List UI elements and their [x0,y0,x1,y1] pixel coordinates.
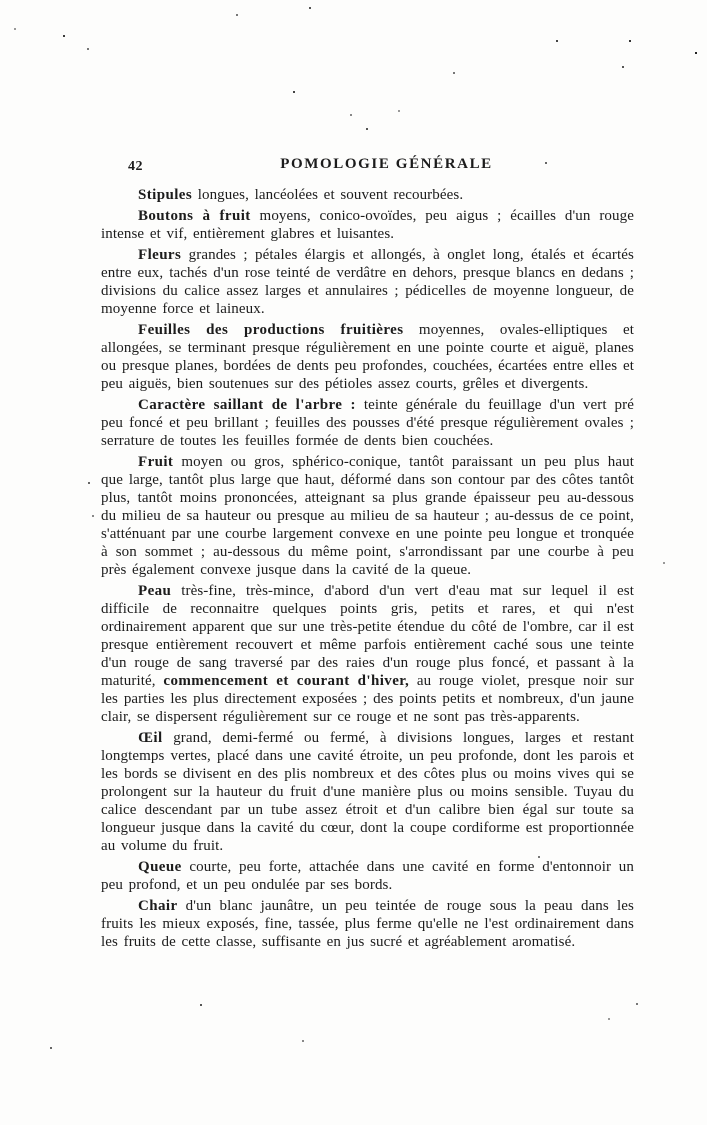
scan-specks [0,0,2,2]
paragraph-lead: Boutons à fruit [138,208,251,224]
paragraph-text: d'un blanc jaunâtre, un peu teintée de r… [101,898,634,950]
paragraph-stipules: Stipules longues, lancéolées et souvent … [101,186,634,204]
paragraph-lead: Feuilles des productions fruitières [138,322,403,338]
paragraph-inline-bold: commencement et courant d'hiver, [163,673,409,689]
paragraph-lead: Chair [138,898,178,914]
paragraph-text: courte, peu forte, attachée dans une cav… [101,859,634,893]
paragraph-lead: Œil [138,730,163,746]
page-header-title: POMOLOGIE GÉNÉRALE [280,156,493,173]
paragraph-queue: Queue courte, peu forte, attachée dans u… [101,858,634,894]
paragraph-fruit: Fruit moyen ou gros, sphérico-conique, t… [101,453,634,579]
paragraph-lead: Fleurs [138,247,181,263]
paragraph-fleurs: Fleurs grandes ; pétales élargis et allo… [101,246,634,318]
paragraph-text: grand, demi-fermé ou fermé, à divisions … [101,730,634,854]
page-header: 42 POMOLOGIE GÉNÉRALE [101,156,634,181]
paragraph-chair: Chair d'un blanc jaunâtre, un peu teinté… [101,897,634,951]
paragraph-text: moyen ou gros, sphérico-conique, tantôt … [101,454,634,578]
page-content: 42 POMOLOGIE GÉNÉRALE Stipules longues, … [101,156,634,951]
paragraph-oeil: Œil grand, demi-fermé ou fermé, à divisi… [101,729,634,855]
paragraph-lead: Stipules [138,187,192,203]
paragraph-lead: Queue [138,859,182,875]
page-number: 42 [128,159,143,175]
paragraph-caractere-saillant-de-l-arbre: Caractère saillant de l'arbre : teinte g… [101,396,634,450]
paragraph-lead: Fruit [138,454,173,470]
paragraph-peau: Peau très-fine, très-mince, d'abord d'un… [101,582,634,726]
paragraph-feuilles-des-productions-fruitieres: Feuilles des productions fruitières moye… [101,321,634,393]
paragraph-lead: Peau [138,583,171,599]
paragraph-lead: Caractère saillant de l'arbre : [138,397,356,413]
paragraph-boutons-a-fruit: Boutons à fruit moyens, conico-ovoïdes, … [101,207,634,243]
paragraph-text: grandes ; pétales élargis et allongés, à… [101,247,634,317]
paragraph-text: longues, lancéolées et souvent recourbée… [192,187,463,203]
